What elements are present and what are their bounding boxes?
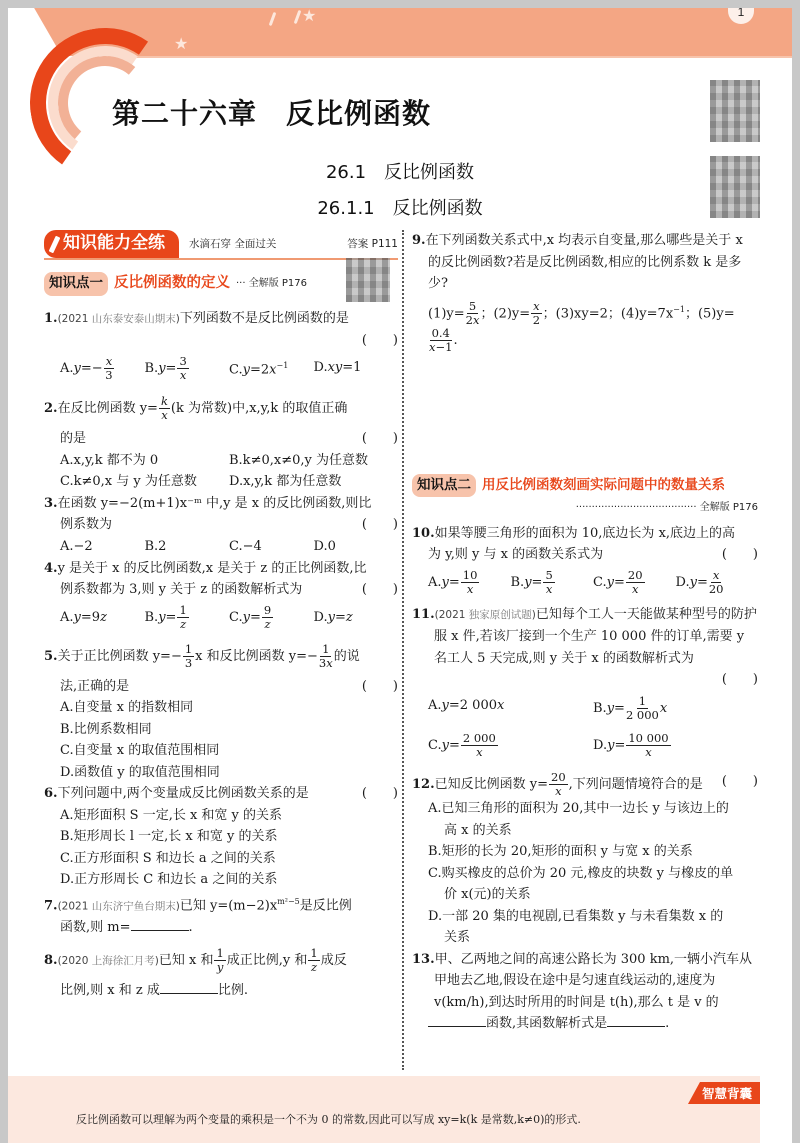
header-band-line [108, 56, 792, 58]
kp-title: 用反比例函数刻画实际问题中的数量关系 [482, 475, 725, 497]
question-stem: 在反比例函数 y= [58, 401, 158, 416]
right-column: 9.在下列函数关系式中,x 均表示自变量,那么哪些是关于 x 的反比例函数?若是… [412, 230, 758, 1035]
option-d[interactable]: D.0 [314, 536, 399, 558]
source-location: 山东济宁鱼台期末 [92, 900, 176, 912]
question-number: 2. [44, 401, 58, 416]
question-stem: y 是关于 x 的反比例函数,x 是关于 z 的正比例函数,比 [58, 561, 367, 576]
answer-paren[interactable]: ( ) [362, 428, 398, 450]
kp-ref: ······································ 全… [412, 497, 758, 519]
option-d[interactable]: D.函数值 y 的取值范围相同 [44, 762, 398, 784]
footer-text: 反比例函数可以理解为两个变量的乘积是一个不为 0 的常数,因此可以写成 xy=k… [76, 1111, 581, 1127]
kp-title: 反比例函数的定义 [114, 273, 230, 295]
question-13: 13.甲、乙两地之间的高速公路长为 300 km,一辆小汽车从甲地去乙地,假设在… [412, 949, 758, 1035]
question-5: 5.关于正比例函数 y=−13x 和反比例函数 y=−13x的说 法,正确的是(… [44, 643, 398, 784]
options: A.y=9z B.y=1z C.y=9z D.y=z [44, 601, 398, 635]
option-d-cont: 关系 [412, 927, 758, 949]
banner-subtitle: 水滴石穿 全面过关 [189, 234, 276, 256]
question-number: 9. [412, 233, 426, 248]
function-item: ；(3)xy=2；(4)y=7x [543, 306, 674, 321]
answer-space[interactable] [412, 354, 758, 466]
qr-code-chapter[interactable] [710, 80, 760, 142]
answer-paren[interactable]: ( ) [722, 544, 758, 566]
option-d[interactable]: D.y=z [314, 607, 399, 629]
knowledge-point-2: 知识点二 用反比例函数刻画实际问题中的数量关系 [412, 474, 758, 498]
question-stem: 下列问题中,两个变量成反比例函数关系的是 [58, 786, 309, 801]
option-c[interactable]: C.y=9z [229, 604, 314, 631]
option-b[interactable]: B.矩形周长 l 一定,长 x 和宽 y 的关系 [44, 826, 398, 848]
option-a[interactable]: A.自变量 x 的指数相同 [44, 697, 398, 719]
option-b[interactable]: B.k≠0,x≠0,y 为任意数 [229, 450, 398, 472]
question-11: 11.(2021 独家原创试题)已知每个工人一天能做某种型号的防护服 x 件,若… [412, 604, 758, 760]
source-location: 上海徐汇月考 [92, 955, 155, 967]
option-b[interactable]: B.y=5x [511, 569, 594, 596]
banner-label-text: 知识能力全练 [63, 233, 165, 255]
answer-paren[interactable]: ( ) [362, 579, 398, 601]
answer-paren[interactable]: ( ) [722, 669, 758, 691]
question-stem-cont: 是反比例 [300, 898, 352, 913]
question-number: 5. [44, 649, 58, 664]
function-item: (1)y= [428, 306, 465, 321]
option-c-cont: 价 x(元)的关系 [412, 884, 758, 906]
star-icon: ★ [174, 34, 188, 53]
kp-ref: ··· 全解版 P176 [236, 273, 307, 295]
question-stem: 如果等腰三角形的面积为 10,底边长为 x,底边上的高 [435, 526, 735, 541]
option-d[interactable]: D.y=x20 [676, 569, 759, 596]
option-b[interactable]: B.2 [145, 536, 230, 558]
question-stem: 下列函数不是反比例函数的是 [180, 311, 349, 326]
question-number: 11. [412, 607, 435, 622]
textbook-page: ★ ★ 1 第二十六章 反比例函数 26.1 反比例函数 26.1.1 反比例函… [8, 8, 792, 1143]
kp-tag: 知识点二 [412, 474, 476, 498]
option-a-cont: 高 x 的关系 [412, 820, 758, 842]
chapter-title: 第二十六章 反比例函数 [112, 92, 431, 132]
question-end: . [665, 1016, 669, 1031]
question-12: 12.已知反比例函数 y=20x,下列问题情境符合的是( ) A.已知三角形的面… [412, 771, 758, 949]
option-c[interactable]: C.−4 [229, 536, 314, 558]
question-number: 10. [412, 526, 435, 541]
option-a[interactable]: A.已知三角形的面积为 20,其中一边长 y 与该边上的 [412, 798, 758, 820]
source-year: (2021 [58, 313, 92, 325]
banner-label: 知识能力全练 [44, 230, 179, 258]
question-stem-cont: 为 y,则 y 与 x 的函数关系式为 [428, 547, 603, 562]
option-b[interactable]: B.矩形的长为 20,矩形的面积 y 与宽 x 的关系 [412, 841, 758, 863]
exponent: m²−5 [277, 897, 300, 906]
question-stem: 已知 x 和 [159, 953, 214, 968]
question-stem-cont: 比例,则 x 和 z 成 [60, 983, 160, 998]
question-stem: 已知反比例函数 y= [435, 777, 548, 792]
practice-banner: 知识能力全练 水滴石穿 全面过关 答案 P111 [44, 230, 398, 260]
kp-tag: 知识点一 [44, 272, 108, 296]
option-c[interactable]: C.y=2 000x [428, 732, 593, 759]
question-number: 12. [412, 777, 435, 792]
option-d[interactable]: D.正方形周长 C 和边长 a 之间的关系 [44, 869, 398, 891]
option-d[interactable]: D.y=10 000x [593, 732, 758, 759]
function-list: (1)y=52x；(2)y=x2；(3)xy=2；(4)y=7x−1；(5)y=… [412, 299, 758, 354]
question-6: 6.下列问题中,两个变量成反比例函数关系的是( ) A.矩形面积 S 一定,长 … [44, 783, 398, 891]
option-d[interactable]: D.一部 20 集的电视剧,已看集数 y 与未看集数 x 的 [412, 906, 758, 928]
knowledge-point-1: 知识点一 反比例函数的定义 ··· 全解版 P176 [44, 272, 398, 296]
left-column: 知识能力全练 水滴石穿 全面过关 答案 P111 知识点一 反比例函数的定义 ·… [44, 230, 398, 1001]
qr-code-kp1[interactable] [346, 258, 390, 302]
option-c[interactable]: C.k≠0,x 与 y 为任意数 [60, 471, 229, 493]
option-a[interactable]: A.−2 [60, 536, 145, 558]
option-d[interactable]: D.xy=1 [314, 357, 399, 379]
source-location: 山东泰安泰山期末 [92, 313, 176, 325]
answer-blank[interactable] [131, 917, 189, 931]
question-4: 4.y 是关于 x 的反比例函数,x 是关于 z 的正比例函数,比 例系数都为 … [44, 558, 398, 635]
answer-blank-formula[interactable] [607, 1013, 665, 1027]
option-a[interactable]: A.y=2 000x [428, 695, 593, 722]
options: A.−2 B.2 C.−4 D.0 [44, 536, 398, 558]
question-end: . [189, 920, 193, 935]
question-stem-cont: ,下列问题情境符合的是 [569, 777, 703, 792]
function-item: . [453, 333, 457, 348]
function-item: ；(2)y= [480, 306, 530, 321]
question-stem-cont: 函数,则 m= [60, 920, 131, 935]
question-number: 3. [44, 496, 58, 511]
wisdom-footer: 智慧背囊 反比例函数可以理解为两个变量的乘积是一个不为 0 的常数,因此可以写成… [8, 1076, 760, 1143]
source-year: (2020 [58, 955, 92, 967]
question-source: (2021 山东泰安泰山期末) [58, 313, 180, 325]
question-stem: 在下列函数关系式中,x 均表示自变量,那么哪些是关于 x 的反比例函数?若是反比… [426, 233, 743, 291]
answer-paren[interactable]: ( ) [362, 514, 398, 536]
option-a[interactable]: A.y=9z [60, 607, 145, 629]
question-stem-cont: 例系数都为 3,则 y 关于 z 的函数解析式为 [60, 582, 302, 597]
option-b[interactable]: B.y=3x [145, 355, 230, 382]
question-source: (2021 独家原创试题) [435, 609, 536, 621]
question-number: 13. [412, 952, 435, 967]
question-7: 7.(2021 山东济宁鱼台期末)已知 y=(m−2)xm²−5是反比例 函数,… [44, 891, 398, 939]
question-source: (2021 山东济宁鱼台期末) [58, 900, 180, 912]
options: A.x,y,k 都不为 0 B.k≠0,x≠0,y 为任意数 C.k≠0,x 与… [44, 450, 398, 493]
question-3: 3.在函数 y=−2(m+1)x⁻ᵐ 中,y 是 x 的反比例函数,则比 例系数… [44, 493, 398, 558]
option-a[interactable]: A.矩形面积 S 一定,长 x 和宽 y 的关系 [44, 805, 398, 827]
question-8: 8.(2020 上海徐汇月考)已知 x 和1y成正比例,y 和1z成反 比例,则… [44, 947, 398, 1002]
question-source: (2020 上海徐汇月考) [58, 955, 159, 967]
options: A.y=−x3 B.y=3x C.y=2x−1 D.xy=1 [44, 351, 398, 385]
question-number: 4. [44, 561, 58, 576]
question-stem-cont: x 和反比例函数 y=− [195, 649, 318, 664]
question-stem-cont: (k 为常数)中,x,y,k 的取值正确 [171, 401, 348, 416]
question-stem: 已知 y=(m−2)x [180, 898, 277, 913]
question-stem: 在函数 y=−2(m+1)x⁻ᵐ 中,y 是 x 的反比例函数,则比 [58, 496, 372, 511]
question-2: 2.在反比例函数 y=kx(k 为常数)中,x,y,k 的取值正确 的是( ) … [44, 395, 398, 493]
question-stem: 甲、乙两地之间的高速公路长为 300 km,一辆小汽车从甲地去乙地,假设在途中是… [434, 952, 752, 1010]
question-number: 7. [44, 898, 58, 913]
question-stem: 关于正比例函数 y=− [58, 649, 182, 664]
option-a[interactable]: A.y=−x3 [60, 355, 145, 382]
answer-blank[interactable] [160, 980, 218, 994]
question-stem-cont: 法,正确的是 [60, 679, 129, 694]
answer-paren[interactable]: ( ) [362, 330, 398, 352]
question-end: 比例. [218, 983, 248, 998]
question-number: 8. [44, 953, 58, 968]
option-a[interactable]: A.x,y,k 都不为 0 [60, 450, 229, 472]
question-stem-cont: 成正比例,y 和 [227, 953, 308, 968]
option-c[interactable]: C.自变量 x 的取值范围相同 [44, 740, 398, 762]
source-year: (2021 [435, 609, 469, 621]
answer-paren[interactable]: ( ) [362, 676, 398, 698]
option-b[interactable]: B.y=1z [145, 604, 230, 631]
column-divider [402, 230, 404, 1070]
question-stem-cont: 的是 [60, 431, 86, 446]
source-location: 独家原创试题 [469, 609, 532, 621]
question-number: 6. [44, 786, 58, 801]
answer-reference: 答案 P111 [347, 234, 398, 256]
options: A.y=10x B.y=5x C.y=20x D.y=x20 [412, 566, 758, 600]
answer-paren[interactable]: ( ) [362, 783, 398, 805]
source-year: (2021 [58, 900, 92, 912]
answer-paren[interactable]: ( ) [722, 771, 758, 793]
qr-code-section[interactable] [710, 156, 760, 218]
answer-blank-type[interactable] [428, 1013, 486, 1027]
star-icon: ★ [302, 8, 316, 25]
option-a[interactable]: A.y=10x [428, 569, 511, 596]
question-1: 1.(2021 山东泰安泰山期末)下列函数不是反比例函数的是 ( ) A.y=−… [44, 308, 398, 386]
question-10: 10.如果等腰三角形的面积为 10,底边长为 x,底边上的高 为 y,则 y 与… [412, 523, 758, 600]
question-stem-cont: 的说 [334, 649, 360, 664]
option-b[interactable]: B.y=12 000x [593, 695, 758, 722]
subsection-title: 26.1.1 反比例函数 [8, 194, 792, 220]
option-c[interactable]: C.购买橡皮的总价为 20 元,橡皮的块数 y 与橡皮的单 [412, 863, 758, 885]
section-title: 26.1 反比例函数 [8, 158, 792, 184]
option-c[interactable]: C.y=2x−1 [229, 355, 314, 381]
option-d[interactable]: D.x,y,k 都为任意数 [229, 471, 398, 493]
question-stem-cont: 函数,其函数解析式是 [486, 1016, 607, 1031]
option-b[interactable]: B.比例系数相同 [44, 719, 398, 741]
footer-tag: 智慧背囊 [688, 1082, 760, 1104]
option-c[interactable]: C.正方形面积 S 和边长 a 之间的关系 [44, 848, 398, 870]
question-number: 1. [44, 311, 58, 326]
option-c[interactable]: C.y=20x [593, 569, 676, 596]
options: A.y=2 000x B.y=12 000x C.y=2 000x D.y=10… [412, 695, 758, 759]
question-9: 9.在下列函数关系式中,x 均表示自变量,那么哪些是关于 x 的反比例函数?若是… [412, 230, 758, 354]
question-stem-cont: 例系数为 [60, 517, 112, 532]
question-stem-cont: 成反 [321, 953, 347, 968]
function-item: ；(5)y= [685, 306, 735, 321]
pencil-icon [49, 235, 61, 253]
